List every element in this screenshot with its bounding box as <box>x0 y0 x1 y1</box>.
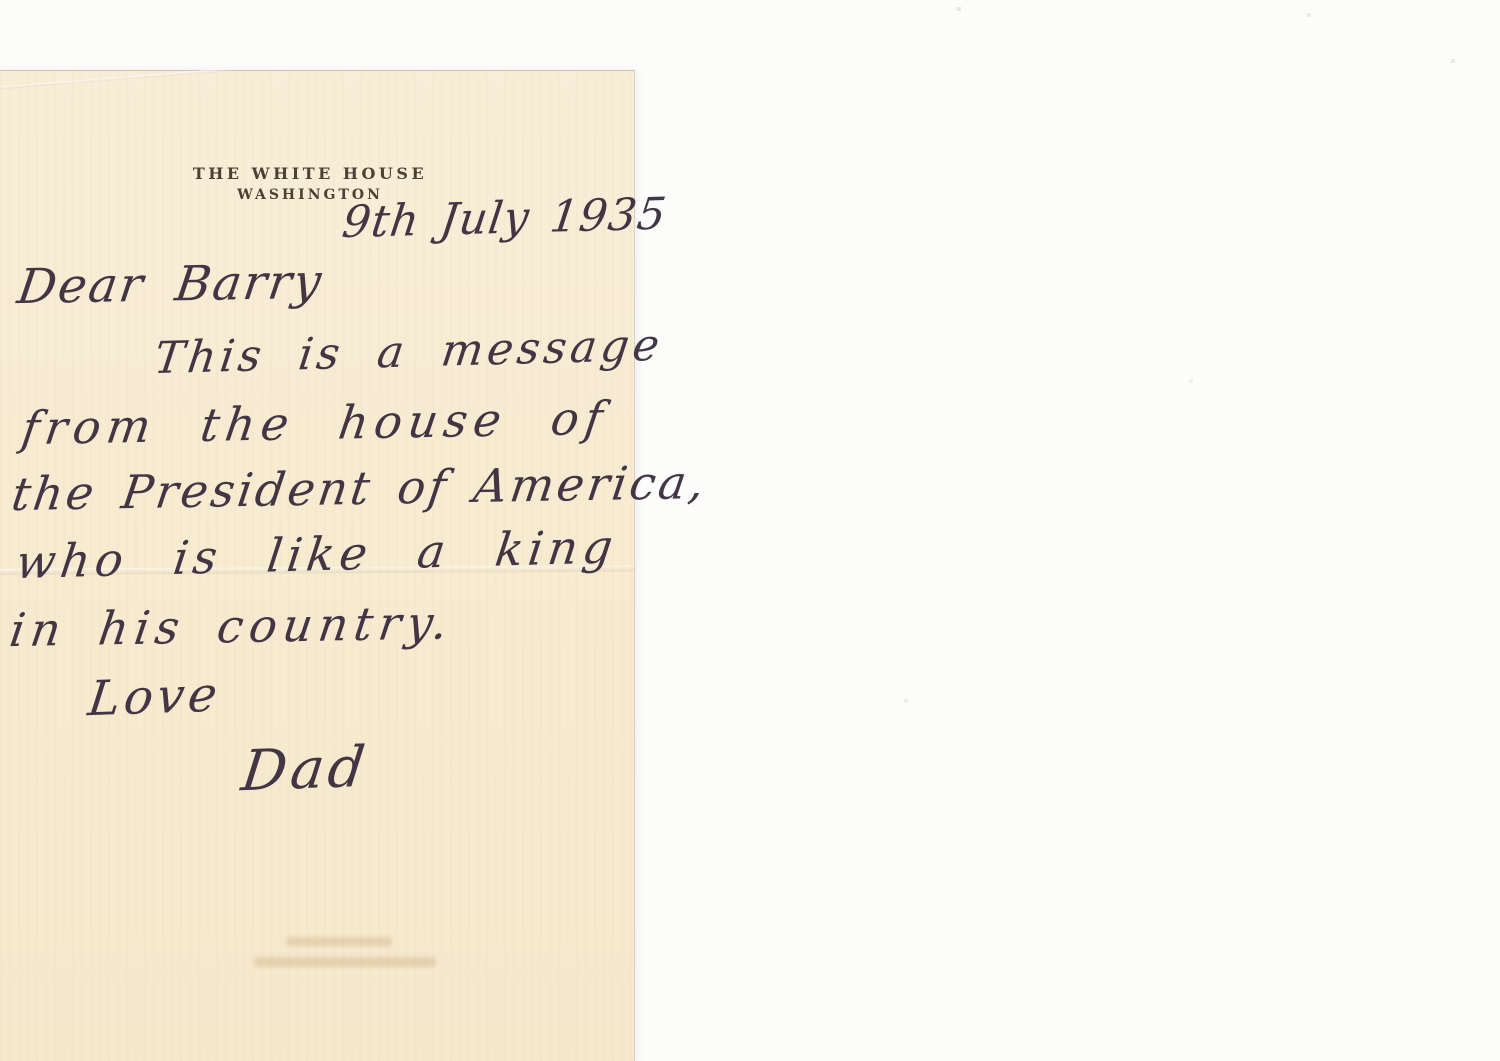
scanned-letter-background: THE WHITE HOUSE WASHINGTON 9th July 1935… <box>0 0 1500 1061</box>
handwritten-date: 9th July 1935 <box>339 189 670 249</box>
letter-paper: THE WHITE HOUSE WASHINGTON 9th July 1935… <box>0 70 635 1061</box>
bleed-through-letterhead-marks <box>236 937 436 967</box>
body-line-1: This is a message <box>151 320 666 385</box>
body-line-5: in his country. <box>6 595 457 657</box>
bleed-through-line2 <box>254 957 436 967</box>
fold-crease-top-left <box>0 69 227 90</box>
body-line-3: the President of America, <box>8 455 710 521</box>
signature: Dad <box>238 735 372 805</box>
scanner-dust-specks <box>0 0 2 2</box>
salutation: Dear Barry <box>14 254 326 315</box>
bleed-through-line1 <box>286 937 392 946</box>
letterhead-line1: THE WHITE HOUSE <box>178 163 442 185</box>
body-line-2: from the house of <box>18 391 612 455</box>
body-line-4: who is like a king <box>13 519 621 589</box>
closing: Love <box>85 666 224 727</box>
